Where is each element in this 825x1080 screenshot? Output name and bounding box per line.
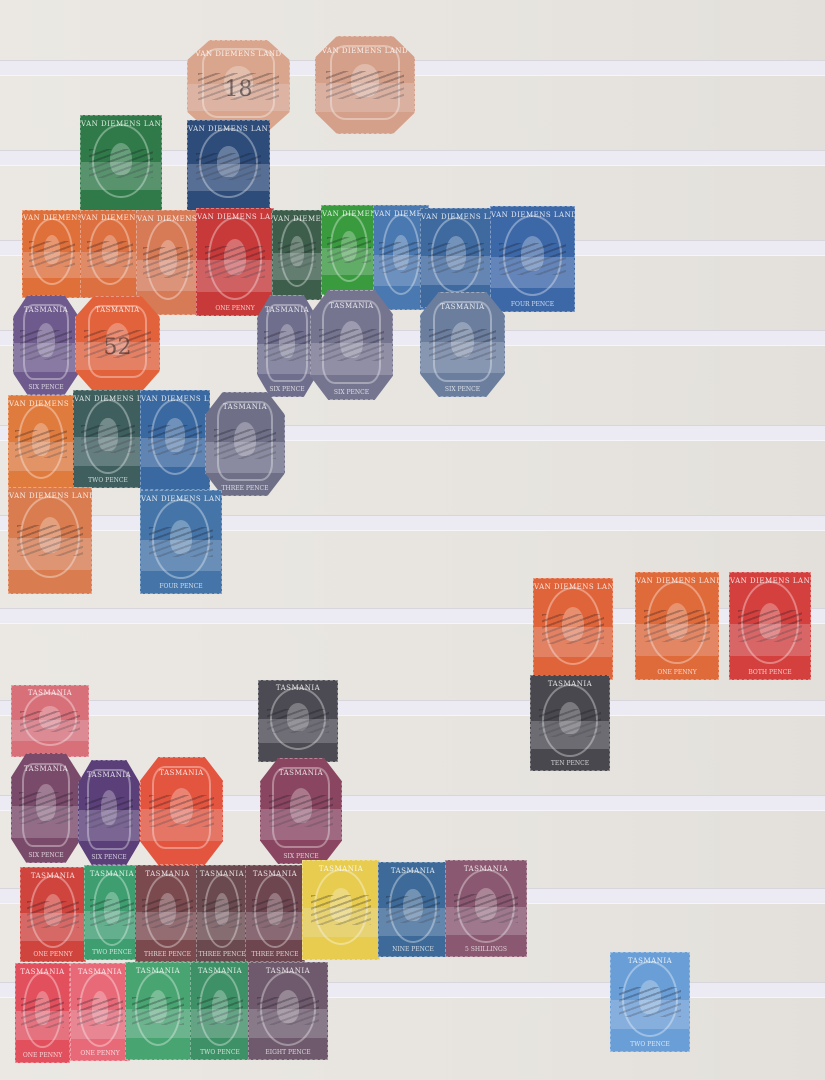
stamp-country-text: TASMANIA — [246, 870, 304, 878]
stamp: TASMANIA — [140, 757, 223, 865]
stamp: TASMANIASIX PENCE — [11, 753, 81, 863]
stamp: VAN DIEMENS LAND — [22, 210, 82, 298]
cancel-number: 52 — [76, 335, 159, 360]
strip-overlay — [136, 912, 199, 941]
stamp: VAN DIEMENS LAND — [80, 210, 140, 298]
stamp-country-text: TASMANIA — [14, 306, 78, 314]
stamp-country-text: VAN DIEMENS LAND — [636, 577, 718, 585]
stamp-country-text: TASMANIA — [126, 967, 190, 975]
stamp-value-text: ONE PENNY — [71, 1050, 129, 1057]
strip-overlay — [322, 248, 376, 274]
stamp-album-page: VAN DIEMENS LAND18VAN DIEMENS LANDVAN DI… — [0, 0, 825, 1080]
strip-overlay — [12, 720, 88, 741]
stamp-country-text: TASMANIA — [261, 769, 341, 777]
stamp-country-text: VAN DIEMENS LAND — [534, 583, 612, 591]
stamp-country-text: VAN DIEMENS LAND — [141, 395, 209, 403]
stamp-country-text: TASMANIA — [249, 967, 327, 975]
stamp-country-text: VAN DIEMENS LAND — [74, 395, 142, 403]
stamp-value-text: SIX PENCE — [258, 386, 316, 393]
strip-overlay — [303, 908, 379, 937]
strip-overlay — [636, 624, 718, 656]
stamp: TASMANIATHREE PENCE — [135, 865, 200, 962]
stamp-country-text: VAN DIEMENS LAND — [730, 577, 810, 585]
stamp-country-text: TASMANIA — [12, 765, 80, 773]
strip-overlay — [730, 624, 810, 656]
strip-overlay — [9, 538, 91, 570]
strip-overlay — [85, 911, 139, 939]
stamp-country-text: TASMANIA — [206, 403, 284, 411]
stamp-value-text: ONE PENNY — [16, 1052, 69, 1059]
stamp: TASMANIAONE PENNY — [15, 963, 70, 1063]
stamp: VAN DIEMENS LANDTWO PENCE — [73, 390, 143, 488]
stamp-value-text: THREE PENCE — [197, 951, 247, 958]
stamp: VAN DIEMENS LAND18 — [187, 40, 290, 132]
strip-overlay — [16, 1011, 69, 1040]
strip-overlay — [206, 442, 284, 473]
stamp: TASMANIAEIGHT PENCE — [248, 962, 328, 1060]
stamp-country-text: VAN DIEMENS LAND — [322, 210, 376, 218]
strip-overlay — [12, 806, 80, 838]
stamp: VAN DIEMENS LAND — [8, 487, 92, 594]
strip-overlay — [126, 1009, 190, 1038]
stamp: VAN DIEMENS LAND — [80, 115, 162, 212]
stamp: VAN DIEMENS LAND — [315, 36, 415, 134]
strip-overlay — [249, 1009, 327, 1038]
stamp-value-text: BOTH PENCE — [730, 669, 810, 676]
stamp-country-text: TASMANIA — [12, 689, 88, 697]
stamp-value-text: SIX PENCE — [79, 854, 139, 861]
stamp-value-text: ONE PENNY — [21, 951, 85, 958]
strip-overlay — [191, 1009, 249, 1038]
strip-overlay — [141, 809, 222, 841]
strip-overlay — [246, 912, 304, 941]
strip-overlay — [534, 627, 612, 657]
stamp: TASMANIASIX PENCE — [257, 295, 317, 397]
stamp: TASMANIASIX PENCE — [310, 290, 393, 400]
stamp: VAN DIEMENS LANDBOTH PENCE — [729, 572, 811, 680]
stamp-value-text: TWO PENCE — [191, 1049, 249, 1056]
stamp-country-text: TASMANIA — [16, 968, 69, 976]
strip-overlay — [446, 907, 526, 936]
strip-overlay — [421, 342, 504, 373]
stamp-country-text: TASMANIA — [79, 771, 139, 779]
stamp-country-text: TASMANIA — [259, 684, 337, 692]
stamp: TASMANIANINE PENCE — [378, 862, 448, 957]
stamp-country-text: TASMANIA — [141, 769, 222, 777]
strip-overlay — [611, 1000, 689, 1029]
stamp-country-text: VAN DIEMENS LAND — [9, 400, 73, 408]
stamp-country-text: VAN DIEMENS LAND — [491, 211, 574, 219]
strip-overlay — [71, 1010, 129, 1039]
stamp: TASMANIASIX PENCE — [13, 295, 79, 395]
stamp: TASMANIAONE PENNY — [20, 867, 86, 962]
stamp: VAN DIEMENS LAND — [321, 205, 377, 295]
stamp-value-text: SIX PENCE — [12, 852, 80, 859]
stamp-country-text: TASMANIA — [446, 865, 526, 873]
stamp: TASMANIATWO PENCE — [610, 952, 690, 1052]
stamp: VAN DIEMENS LANDFOUR PENCE — [140, 490, 222, 594]
stamp: VAN DIEMENS LAND — [272, 210, 322, 300]
strip-overlay — [273, 253, 321, 279]
stamp: TASMANIA — [11, 685, 89, 757]
strip-overlay — [197, 912, 247, 941]
stamp: TASMANIA52 — [75, 296, 160, 392]
stamp-country-text: VAN DIEMENS LAND — [81, 120, 161, 128]
stamp-country-text: VAN DIEMENS LAND — [188, 50, 289, 58]
stamp: TASMANIASIX PENCE — [260, 758, 342, 864]
stamp-value-text: TWO PENCE — [85, 949, 139, 956]
stamp-country-text: VAN DIEMENS LAND — [9, 492, 91, 500]
stamp: TASMANIATWO PENCE — [84, 865, 140, 960]
stamp-value-text: TEN PENCE — [531, 760, 609, 767]
stock-strip — [0, 700, 825, 716]
stamp: TASMANIATHREE PENCE — [205, 392, 285, 496]
strip-overlay — [74, 437, 142, 466]
stamp-value-text: SIX PENCE — [421, 386, 504, 393]
strip-overlay — [259, 719, 337, 743]
stamp: VAN DIEMENS LANDFOUR PENCE — [490, 206, 575, 312]
stamp-value-text: EIGHT PENCE — [249, 1049, 327, 1056]
stamp-country-text: VAN DIEMENS LAND — [137, 215, 199, 223]
strip-overlay — [258, 344, 316, 374]
strip-overlay — [81, 252, 139, 278]
stamp-country-text: TASMANIA — [258, 306, 316, 314]
stamp: TASMANIA — [125, 962, 191, 1060]
stamp-country-text: TASMANIA — [197, 870, 247, 878]
stamp-value-text: TWO PENCE — [611, 1041, 689, 1048]
stamp: TASMANIASIX PENCE — [78, 760, 140, 865]
stamp-value-text: 5 SHILLINGS — [446, 946, 526, 953]
stamp-country-text: TASMANIA — [311, 302, 392, 310]
cancel-number: 18 — [188, 77, 289, 102]
stamp-country-text: VAN DIEMENS LAND — [273, 215, 321, 223]
stamp: VAN DIEMENS LANDONE PENNY — [196, 208, 274, 316]
strip-overlay — [9, 442, 73, 471]
strip-overlay — [21, 913, 85, 941]
strip-overlay — [197, 260, 273, 292]
stamp: TASMANIA — [258, 680, 338, 762]
stamp-country-text: VAN DIEMENS LAND — [188, 125, 269, 133]
strip-overlay — [81, 162, 161, 191]
stamp: TASMANIAONE PENNY — [70, 963, 130, 1061]
stamp-country-text: VAN DIEMENS LAND — [141, 495, 221, 503]
stamp-value-text: THREE PENCE — [136, 951, 199, 958]
stamp: TASMANIA — [302, 860, 380, 960]
stamp-country-text: VAN DIEMENS LAND — [421, 213, 491, 221]
stamp-value-text: NINE PENCE — [379, 946, 447, 953]
stamp-country-text: TASMANIA — [76, 306, 159, 314]
stamp: VAN DIEMENS LAND — [187, 120, 270, 212]
stamp-value-text: FOUR PENCE — [141, 583, 221, 590]
stamp: VAN DIEMENS LANDONE PENNY — [635, 572, 719, 680]
stamp-value-text: SIX PENCE — [14, 384, 78, 391]
stamp-value-text: TWO PENCE — [74, 477, 142, 484]
stamp-country-text: TASMANIA — [303, 865, 379, 873]
stamp-country-text: TASMANIA — [531, 680, 609, 688]
stamp: VAN DIEMENS LAND — [533, 578, 613, 680]
strip-overlay — [141, 438, 209, 467]
strip-overlay — [14, 343, 78, 372]
strip-overlay — [137, 260, 199, 291]
stamp: TASMANIASIX PENCE — [420, 292, 505, 397]
stamp: VAN DIEMENS LAND — [136, 210, 200, 315]
stock-strip — [0, 515, 825, 531]
strip-overlay — [531, 721, 609, 749]
strip-overlay — [141, 540, 221, 571]
strip-overlay — [188, 164, 269, 191]
stamp-country-text: VAN DIEMENS LAND — [81, 214, 139, 222]
strip-overlay — [379, 908, 447, 936]
strip-overlay — [311, 343, 392, 375]
stamp-value-text: ONE PENNY — [636, 669, 718, 676]
stamp: TASMANIA5 SHILLINGS — [445, 860, 527, 957]
stamp: TASMANIATEN PENCE — [530, 675, 610, 771]
stamp: TASMANIATHREE PENCE — [196, 865, 248, 962]
stamp-country-text: TASMANIA — [71, 968, 129, 976]
stamp-country-text: TASMANIA — [85, 870, 139, 878]
strip-overlay — [491, 257, 574, 288]
stamp-country-text: VAN DIEMENS LAND — [316, 47, 414, 55]
stamp-country-text: TASMANIA — [21, 872, 85, 880]
stamp-country-text: TASMANIA — [611, 957, 689, 965]
strip-overlay — [316, 83, 414, 112]
stamp-country-text: TASMANIA — [421, 303, 504, 311]
stamp-country-text: VAN DIEMENS LAND — [197, 213, 273, 221]
strip-overlay — [79, 810, 139, 841]
strip-overlay — [261, 809, 341, 840]
stamp: TASMANIATWO PENCE — [190, 962, 250, 1060]
stamp-value-text: SIX PENCE — [261, 853, 341, 860]
stamp-value-text: THREE PENCE — [246, 951, 304, 958]
stamp-value-text: FOUR PENCE — [491, 301, 574, 308]
strip-overlay — [23, 252, 81, 278]
stamp-country-text: TASMANIA — [191, 967, 249, 975]
stamp: VAN DIEMENS LAND — [140, 390, 210, 490]
stamp-country-text: VAN DIEMENS LAND — [23, 214, 81, 222]
stamp-country-text: TASMANIA — [379, 867, 447, 875]
strip-overlay — [421, 256, 491, 285]
stamp-value-text: SIX PENCE — [311, 389, 392, 396]
stamp: TASMANIATHREE PENCE — [245, 865, 305, 962]
stamp: VAN DIEMENS LAND — [8, 395, 74, 493]
stamp-country-text: TASMANIA — [136, 870, 199, 878]
